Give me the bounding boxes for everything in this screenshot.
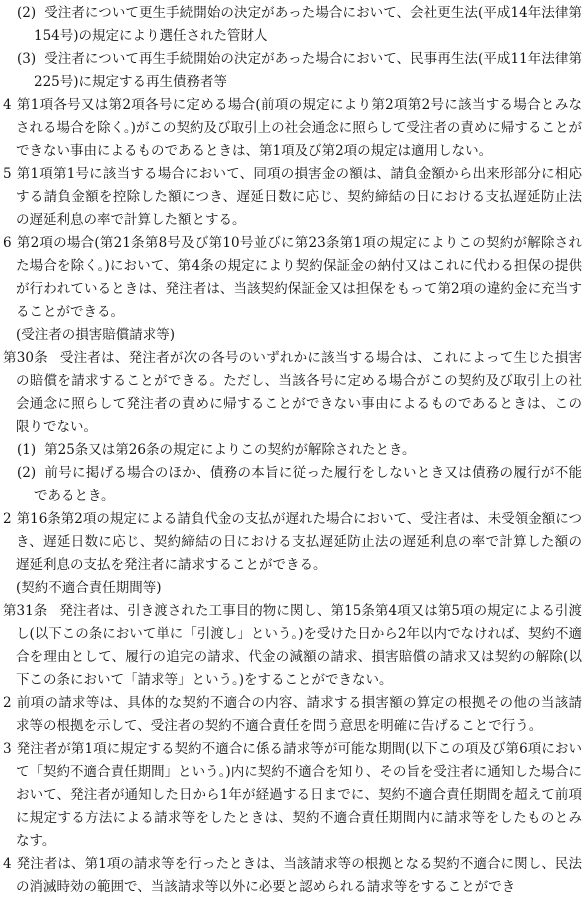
- clause-sub-item: (2)受注者について更生手続開始の決定があった場合において、会社更生法(平成14…: [3, 2, 582, 48]
- sub-item-number: (2): [17, 5, 36, 21]
- contract-document-page: (2)受注者について更生手続開始の決定があった場合において、会社更生法(平成14…: [0, 0, 583, 921]
- article-paragraph: 第31条発注者は、引き渡された工事目的物に関し、第15条第4項又は第5項の規定に…: [3, 600, 582, 692]
- article-paragraph: 第30条受注者は、発注者が次の各号のいずれかに該当する場合は、これによって生じた…: [3, 347, 582, 439]
- clause-paragraph: 2第16条第2項の規定による請負代金の支払が遅れた場合において、受注者は、未受領…: [3, 508, 582, 577]
- article-heading: (契約不適合責任期間等): [3, 577, 582, 600]
- paragraph-number: 5: [3, 166, 12, 182]
- article-heading-text: (受注者の損害賠償請求等): [16, 327, 175, 343]
- sub-item-text: 受注者について再生手続開始の決定があった場合において、民事再生法(平成11年法律…: [34, 51, 582, 90]
- article-number: 第31条: [3, 603, 47, 619]
- article-heading: (受注者の損害賠償請求等): [3, 324, 582, 347]
- article-text: 受注者は、発注者が次の各号のいずれかに該当する場合は、これによって生じた損害の賠…: [16, 350, 582, 435]
- sub-item-number: (1): [17, 442, 36, 458]
- clause-sub-item: (1)第25条又は第26条の規定によりこの契約が解除されたとき。: [3, 439, 582, 462]
- clause-paragraph: 3発注者が第1項に規定する契約不適合に係る請求等が可能な期間(以下この項及び第6…: [3, 738, 582, 853]
- paragraph-text: 第1項第1号に該当する場合において、同項の損害金の額は、請負金額から出来形部分に…: [16, 166, 582, 228]
- clause-paragraph: 4第1項各号又は第2項各号に定める場合(前項の規定により第2項第2号に該当する場…: [3, 94, 582, 163]
- paragraph-number: 4: [3, 856, 12, 872]
- paragraph-number: 2: [3, 695, 12, 711]
- clause-sub-item: (2)前号に掲げる場合のほか、債務の本旨に従った履行をしないとき又は債務の履行が…: [3, 462, 582, 508]
- sub-item-text: 第25条又は第26条の規定によりこの契約が解除されたとき。: [44, 442, 415, 458]
- clause-paragraph: 4発注者は、第1項の請求等を行ったときは、当該請求等の根拠となる契約不適合に関し…: [3, 853, 582, 899]
- paragraph-text: 第1項各号又は第2項各号に定める場合(前項の規定により第2項第2号に該当する場合…: [16, 97, 582, 159]
- paragraph-text: 前項の請求等は、具体的な契約不適合の内容、請求する損害額の算定の根拠その他の当該…: [16, 695, 582, 734]
- paragraph-number: 4: [3, 97, 12, 113]
- sub-item-text: 受注者について更生手続開始の決定があった場合において、会社更生法(平成14年法律…: [34, 5, 582, 44]
- paragraph-number: 2: [3, 511, 12, 527]
- paragraph-text: 発注者は、第1項の請求等を行ったときは、当該請求等の根拠となる契約不適合に関し、…: [16, 856, 582, 895]
- paragraph-text: 第2項の場合(第21条第8号及び第10号並びに第23条第1項の規定によりこの契約…: [16, 235, 582, 320]
- article-text: 発注者は、引き渡された工事目的物に関し、第15条第4項又は第5項の規定による引渡…: [16, 603, 582, 688]
- clause-paragraph: 6第2項の場合(第21条第8号及び第10号並びに第23条第1項の規定によりこの契…: [3, 232, 582, 324]
- paragraph-text: 第16条第2項の規定による請負代金の支払が遅れた場合において、受注者は、未受領金…: [16, 511, 582, 573]
- paragraph-text: 発注者が第1項に規定する契約不適合に係る請求等が可能な期間(以下この項及び第6項…: [16, 741, 582, 849]
- sub-item-number: (2): [17, 465, 36, 481]
- article-number: 第30条: [3, 350, 48, 366]
- clause-sub-item: (3)受注者について再生手続開始の決定があった場合において、民事再生法(平成11…: [3, 48, 582, 94]
- article-heading-text: (契約不適合責任期間等): [16, 580, 162, 596]
- paragraph-number: 3: [3, 741, 12, 757]
- clause-paragraph: 5第1項第1号に該当する場合において、同項の損害金の額は、請負金額から出来形部分…: [3, 163, 582, 232]
- paragraph-number: 6: [3, 235, 12, 251]
- sub-item-number: (3): [17, 51, 36, 67]
- sub-item-text: 前号に掲げる場合のほか、債務の本旨に従った履行をしないとき又は債務の履行が不能で…: [34, 465, 582, 504]
- clause-paragraph: 2前項の請求等は、具体的な契約不適合の内容、請求する損害額の算定の根拠その他の当…: [3, 692, 582, 738]
